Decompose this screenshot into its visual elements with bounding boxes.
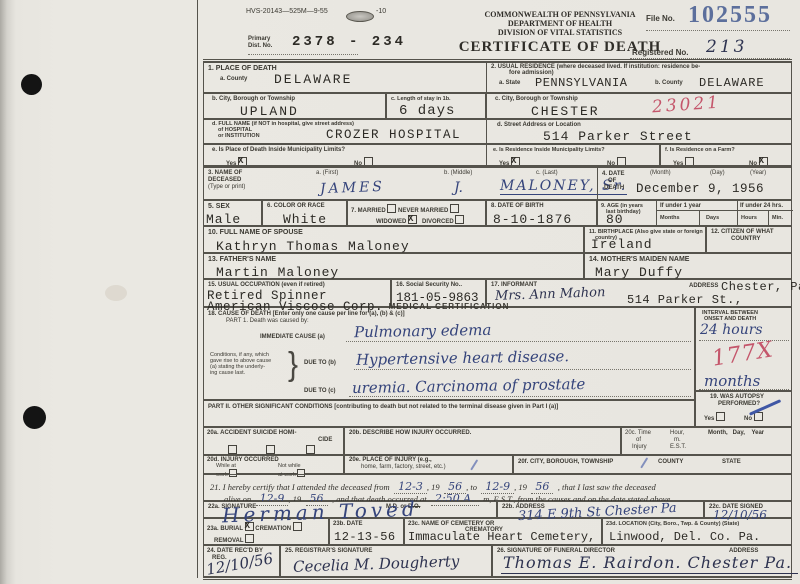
place-limits-label: e. Is Place of Death Inside Municipality… (212, 147, 345, 154)
field-usual-residence-state: 2. USUAL RESIDENCE (where deceased lived… (486, 62, 792, 93)
immediate-cause-value: Pulmonary edema (354, 321, 492, 341)
residence-city-value: CHESTER (531, 104, 600, 119)
registered-no-label: Registered No. (632, 48, 688, 57)
due-to-b-value: Hypertensive heart disease. (356, 347, 569, 369)
spouse-value: Kathryn Thomas Maloney (216, 239, 410, 254)
injury-mdy-label: Month, Day, Year (708, 430, 764, 437)
field-certification-statement: 21. I hereby certify that I attended the… (203, 474, 792, 501)
death-year-label: (Year) (750, 170, 766, 177)
left-rule (197, 0, 198, 578)
file-no-label: File No. (646, 14, 675, 23)
field-cause-of-death: MEDICAL CERTIFICATION 18. CAUSE OF DEATH… (203, 307, 695, 400)
checkbox-removal (245, 534, 254, 543)
field-date-received: 24. DATE REC'D BY REG. 12/10/56 (203, 545, 280, 577)
field-sex: 5. SEX Male (203, 200, 262, 226)
field-street-address: d. Street Address or Location 514 Parker… (486, 119, 792, 144)
field-funeral-director: 26. SIGNATURE OF FUNERAL DIRECTOR ADDRES… (492, 545, 792, 577)
under-1yr-label: If under 1 year (660, 203, 701, 210)
deceased-label-1: 3. NAME OF (208, 170, 242, 177)
autopsy-label-1: 19. WAS AUTOPSY (710, 394, 764, 401)
residence-state-label: a. State (499, 80, 520, 87)
field-time-of-injury: 20c. Time of Injury Hour, m. E.S.T. Mont… (621, 427, 792, 455)
field-injury-occurred: 20d. INJURY OCCURRED While at work Not w… (203, 455, 344, 474)
deceased-label-2: DECEASED (208, 177, 241, 184)
burial-date-value: 12-13-56 (334, 530, 396, 544)
registrar-signature-label: 25. REGISTRAR'S SIGNATURE (285, 548, 372, 555)
form-code-row: HVS-20143—525M—9-55 -10 (246, 8, 436, 20)
place-injury-label-2: home, farm, factory, street, etc.) (361, 464, 446, 471)
injury-hour-label-1: Hour, (670, 430, 684, 437)
field-spouse: 10. FULL NAME OF SPOUSE Kathryn Thomas M… (203, 226, 584, 253)
primary-dist-line (248, 54, 358, 55)
place-county-value: DELAWARE (274, 72, 352, 87)
widowed-label: WIDOWED DIVORCED (376, 215, 464, 226)
checkbox-suicide (266, 445, 275, 454)
brace-glyph: } (288, 346, 298, 383)
cause-code-value: 177X (710, 337, 775, 371)
primary-dist-value: 2378 - 234 (292, 34, 406, 50)
field-physician-address: 22b. ADDRESS 314 E 9th St Chester Pa (497, 501, 704, 518)
checkbox-never-married (450, 204, 459, 213)
father-label: 13. FATHER'S NAME (208, 256, 276, 264)
birth-label: 8. DATE OF BIRTH (491, 203, 544, 210)
place-title: 1. PLACE OF DEATH (208, 65, 277, 73)
removal-label: REMOVAL (214, 534, 254, 545)
field-accident-suicide-homicide: 20a. ACCIDENT SUICIDE HOMI- CIDE (203, 427, 344, 455)
part2-label: PART II. OTHER SIGNIFICANT CONDITIONS [c… (208, 404, 558, 411)
field-date-signed: 22c. DATE SIGNED 12/10/56 (704, 501, 792, 518)
father-value: Martin Maloney (216, 265, 339, 280)
days-label: Days (706, 215, 719, 221)
form-code-suffix: -10 (376, 8, 386, 16)
death-date-label-2: OF (608, 178, 616, 185)
autopsy-yes: Yes (704, 412, 725, 423)
birth-value: 8-10-1876 (493, 212, 572, 227)
funeral-director-signature-value: Thomas E. Rairdon. Chester Pa. (501, 553, 798, 574)
place-city-label: b. City, Borough or Township (212, 96, 295, 103)
checkbox-homicide (306, 445, 315, 454)
field-cemetery-location: 23d. LOCATION (City, Boro., Twp. & Count… (602, 518, 792, 545)
field-place-of-death-county: 1. PLACE OF DEATH a. County DELAWARE (203, 62, 487, 93)
place-injury-label-1: 20e. PLACE OF INJURY (e.g., (349, 457, 432, 464)
hospital-value: CROZER HOSPITAL (326, 128, 461, 142)
first-name-label: a. (First) (316, 170, 338, 177)
asp-label-1: 20a. ACCIDENT SUICIDE HOMI- (207, 430, 296, 437)
injury-city-label: 20f. CITY, BOROUGH, TOWNSHIP (518, 459, 613, 466)
stay-label: c. Length of stay in 1b. (391, 96, 451, 102)
bottom-rule (203, 577, 792, 580)
mother-value: Mary Duffy (595, 265, 683, 280)
months-label: Months (660, 215, 680, 221)
checkbox-autopsy-no (754, 412, 763, 421)
first-name-value: JAMES (320, 179, 385, 197)
field-birthplace: 11. BIRTHPLACE (Also give state or forei… (584, 226, 706, 253)
street-value: 514 Parker Street (543, 129, 693, 144)
conditions-note-4: ing cause last. (210, 370, 245, 376)
checkbox-autopsy-yes (716, 412, 725, 421)
checkbox-divorced (455, 215, 464, 224)
paper-stain (105, 285, 127, 301)
middle-name-label: b. (Middle) (444, 170, 472, 177)
field-mother: 14. MOTHER'S MAIDEN NAME Mary Duffy (584, 253, 792, 279)
field-color-or-race: 6. COLOR OR RACE White (262, 200, 347, 226)
due-to-c-label: DUE TO (c) (304, 388, 336, 395)
birthplace-value: Ireland (591, 237, 653, 252)
occupation-label: 15. USUAL OCCUPATION (even if retired) (208, 282, 325, 289)
residence-limits-label: e. Is Residence Inside Municipality Limi… (493, 147, 605, 153)
location-value: Linwood, Del. Co. Pa. (609, 530, 760, 544)
residence-city-code: 23021 (651, 93, 721, 118)
field-place-municipality-limits: e. Is Place of Death Inside Municipality… (203, 144, 487, 167)
race-value: White (283, 212, 327, 227)
spouse-label: 10. FULL NAME OF SPOUSE (208, 229, 303, 237)
last-name-label: c. (Last) (536, 170, 558, 177)
residence-state-value: PENNSYLVANIA (535, 76, 627, 90)
death-month-label: (Month) (650, 170, 671, 177)
part1-label: PART 1. Death was caused by: (226, 318, 309, 325)
race-label: 6. COLOR OR RACE (267, 203, 325, 210)
primary-dist-label-1: Primary (248, 36, 270, 43)
hospital-label-3: or INSTITUTION (218, 133, 260, 139)
hole-punch-bottom (23, 406, 46, 429)
field-autopsy: 19. WAS AUTOPSY PERFORMED? Yes No (695, 391, 792, 427)
hole-punch-top (21, 74, 42, 95)
field-registrar-signature: 25. REGISTRAR'S SIGNATURE Cecelia M. Dou… (280, 545, 492, 577)
injury-time-label-3: Injury (632, 444, 647, 451)
autopsy-label-2: PERFORMED? (718, 401, 760, 408)
field-residence-municipality-limits: e. Is Residence Inside Municipality Limi… (486, 144, 660, 167)
field-residence-city: c. City, Borough or Township CHESTER 230… (486, 93, 792, 119)
death-date-value: December 9, 1956 (636, 182, 764, 196)
asp-label-2: CIDE (318, 437, 332, 444)
farm-label: f. Is Residence on a Farm? (665, 147, 735, 153)
field-citizen: 12. CITIZEN OF WHAT COUNTRY (706, 226, 792, 253)
age-value: 80 (606, 212, 624, 227)
field-date-of-birth: 8. DATE OF BIRTH 8-10-1876 (486, 200, 597, 226)
primary-dist-label-2: Dist. No. (248, 43, 272, 50)
field-injury-city: 20f. CITY, BOROUGH, TOWNSHIP COUNTY STAT… (513, 455, 792, 474)
mother-label: 14. MOTHER'S MAIDEN NAME (589, 256, 689, 264)
stay-value: 6 days (399, 103, 455, 119)
field-cemetery-name: 23c. NAME OF CEMETERY OR CREMATORY Immac… (404, 518, 602, 545)
death-date-label-1: 4. DATE (602, 171, 625, 178)
field-father: 13. FATHER'S NAME Martin Maloney (203, 253, 584, 279)
printer-seal-icon (344, 7, 376, 25)
place-county-label: a. County (220, 76, 247, 83)
occupation-value-2: American Viscose Corp. (207, 300, 383, 314)
field-interval-onset-death: INTERVAL BETWEEN ONSET AND DEATH 24 hour… (695, 307, 792, 391)
registrar-signature-value: Cecelia M. Dougherty (293, 552, 460, 576)
immediate-cause-label: IMMEDIATE CAUSE (a) (260, 334, 325, 341)
injury-hour-label-3: E.S.T. (670, 444, 686, 451)
min-label: Min. (772, 215, 783, 221)
ssn-label: 16. Social Security No.. (396, 282, 462, 289)
field-age: 9. AGE (in years last birthday) 80 If un… (597, 200, 792, 226)
death-date-label-3: DEATH (604, 185, 624, 192)
describe-injury-label: 20b. DESCRIBE HOW INJURY OCCURRED. (349, 430, 471, 437)
hours-label: Hours (741, 215, 757, 221)
injury-county-label: COUNTY (658, 459, 683, 466)
field-residence-farm: f. Is Residence on a Farm? Yes No (660, 144, 792, 167)
citizen-label-1: 12. CITIZEN OF WHAT (711, 229, 774, 236)
informant-address-label: ADDRESS (689, 283, 718, 290)
field-length-of-stay: c. Length of stay in 1b. 6 days (386, 93, 486, 119)
middle-name-value: J. (454, 180, 463, 196)
field-marital-status: 7. MARRIED NEVER MARRIED WIDOWED DIVORCE… (347, 200, 486, 226)
checkbox-accident (228, 445, 237, 454)
injury-hour-label-2: m. (674, 437, 681, 444)
sex-label: 5. SEX (208, 203, 230, 211)
field-name-of-deceased: 3. NAME OF DECEASED (Type or print) a. (… (203, 167, 598, 200)
married-label: 7. MARRIED NEVER MARRIED (351, 204, 459, 215)
death-day-label: (Day) (710, 170, 725, 177)
sex-value: Male (206, 212, 241, 227)
due-to-c-value: uremia. Carcinoma of prostate (352, 375, 586, 397)
injury-time-label-2: of (636, 437, 641, 444)
residence-city-label: c. City, Borough or Township (495, 96, 578, 103)
informant-address-1: Chester, Pa. (721, 280, 800, 294)
checkbox-widowed (408, 215, 417, 224)
injury-state-label: STATE (722, 459, 741, 466)
street-label: d. Street Address or Location (497, 122, 581, 129)
field-hospital-name: d. FULL NAME (if NOT in hospital, give s… (203, 119, 487, 144)
citizen-label-2: COUNTRY (731, 236, 760, 243)
interval-c-value: months (704, 372, 760, 390)
field-date-of-death: 4. DATE OF DEATH (Month) (Day) (Year) De… (597, 167, 792, 200)
field-place-city: b. City, Borough or Township UPLAND (203, 93, 386, 119)
field-place-of-injury: 20e. PLACE OF INJURY (e.g., home, farm, … (344, 455, 513, 474)
field-describe-injury: 20b. DESCRIBE HOW INJURY OCCURRED. (344, 427, 621, 455)
cemetery-value: Immaculate Heart Cemetery, (408, 530, 595, 544)
date-signed-value: 12/10/56 (713, 508, 767, 522)
residence-county-label: b. County (655, 80, 683, 87)
under-24h-label: If under 24 hrs. (740, 203, 783, 210)
interval-a-value: 24 hours (700, 322, 763, 338)
checkbox-married (387, 204, 396, 213)
injury-time-label-1: 20c. Time (625, 430, 651, 437)
field-other-significant-conditions: PART II. OTHER SIGNIFICANT CONDITIONS [c… (203, 400, 695, 427)
residence-county-value: DELAWARE (699, 76, 765, 90)
file-no-stamp: 102555 (688, 2, 772, 29)
registered-no-value: 213 (706, 37, 747, 57)
field-occupation: 15. USUAL OCCUPATION (even if retired) R… (203, 279, 391, 307)
place-city-value: UPLAND (240, 104, 299, 119)
file-no-line (646, 30, 790, 31)
field-physician-signature: 22a. SIGNATURE M.D. or D.O. Herman Toved (203, 501, 497, 518)
due-to-b-label: DUE TO (b) (304, 360, 336, 367)
deceased-label-3: (Type or print) (208, 184, 245, 191)
form-code: HVS-20143—525M—9-55 (246, 8, 328, 16)
death-certificate-scan: HVS-20143—525M—9-55 -10 Primary Dist. No… (0, 0, 800, 584)
